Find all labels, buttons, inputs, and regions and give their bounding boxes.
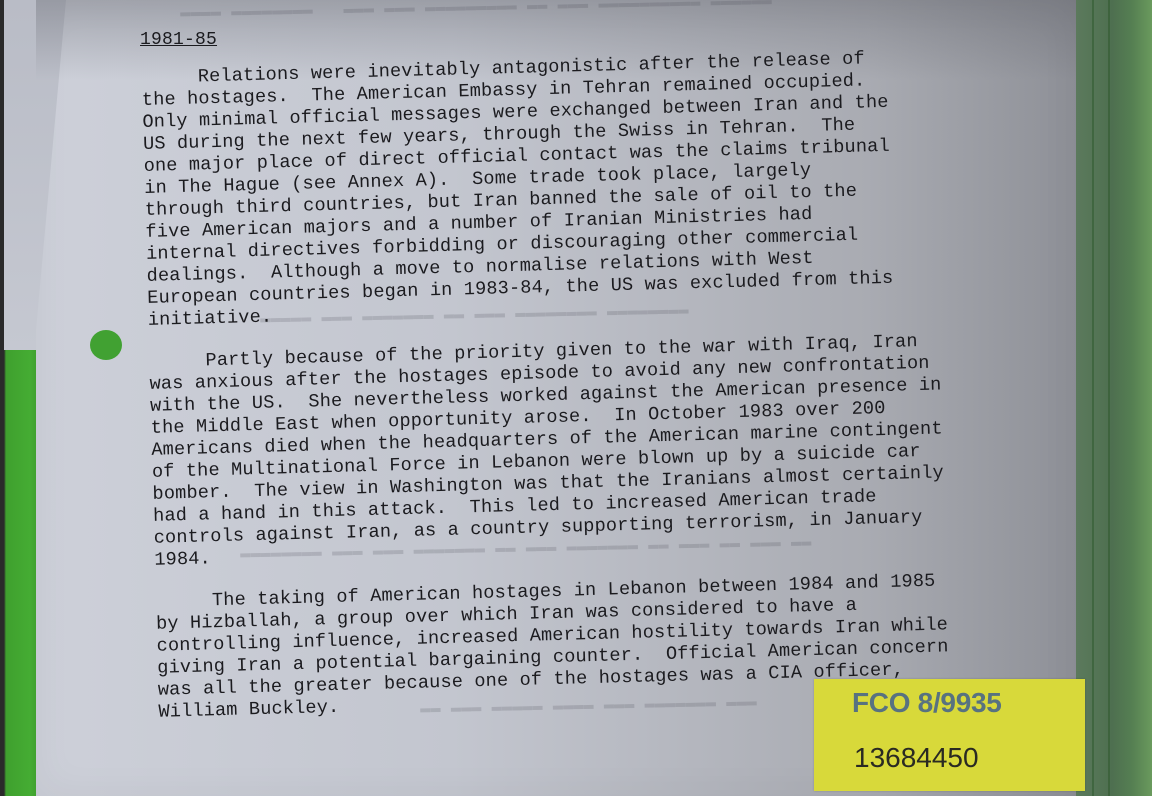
archive-reference: FCO 8/9935 [852,687,1002,719]
punch-hole [90,330,122,360]
green-folder-right-edge [1072,0,1152,796]
paragraph-2: Partly because of the priority given to … [149,328,1055,572]
archive-reference-label: FCO 8/9935 13684450 [814,679,1085,791]
document-body: 1981-85 Relations were inevitably antago… [140,6,1059,744]
archive-item-number: 13684450 [854,742,979,774]
paragraph-1: Relations were inevitably antagonistic a… [141,44,1048,332]
section-heading: 1981-85 [140,30,1040,50]
